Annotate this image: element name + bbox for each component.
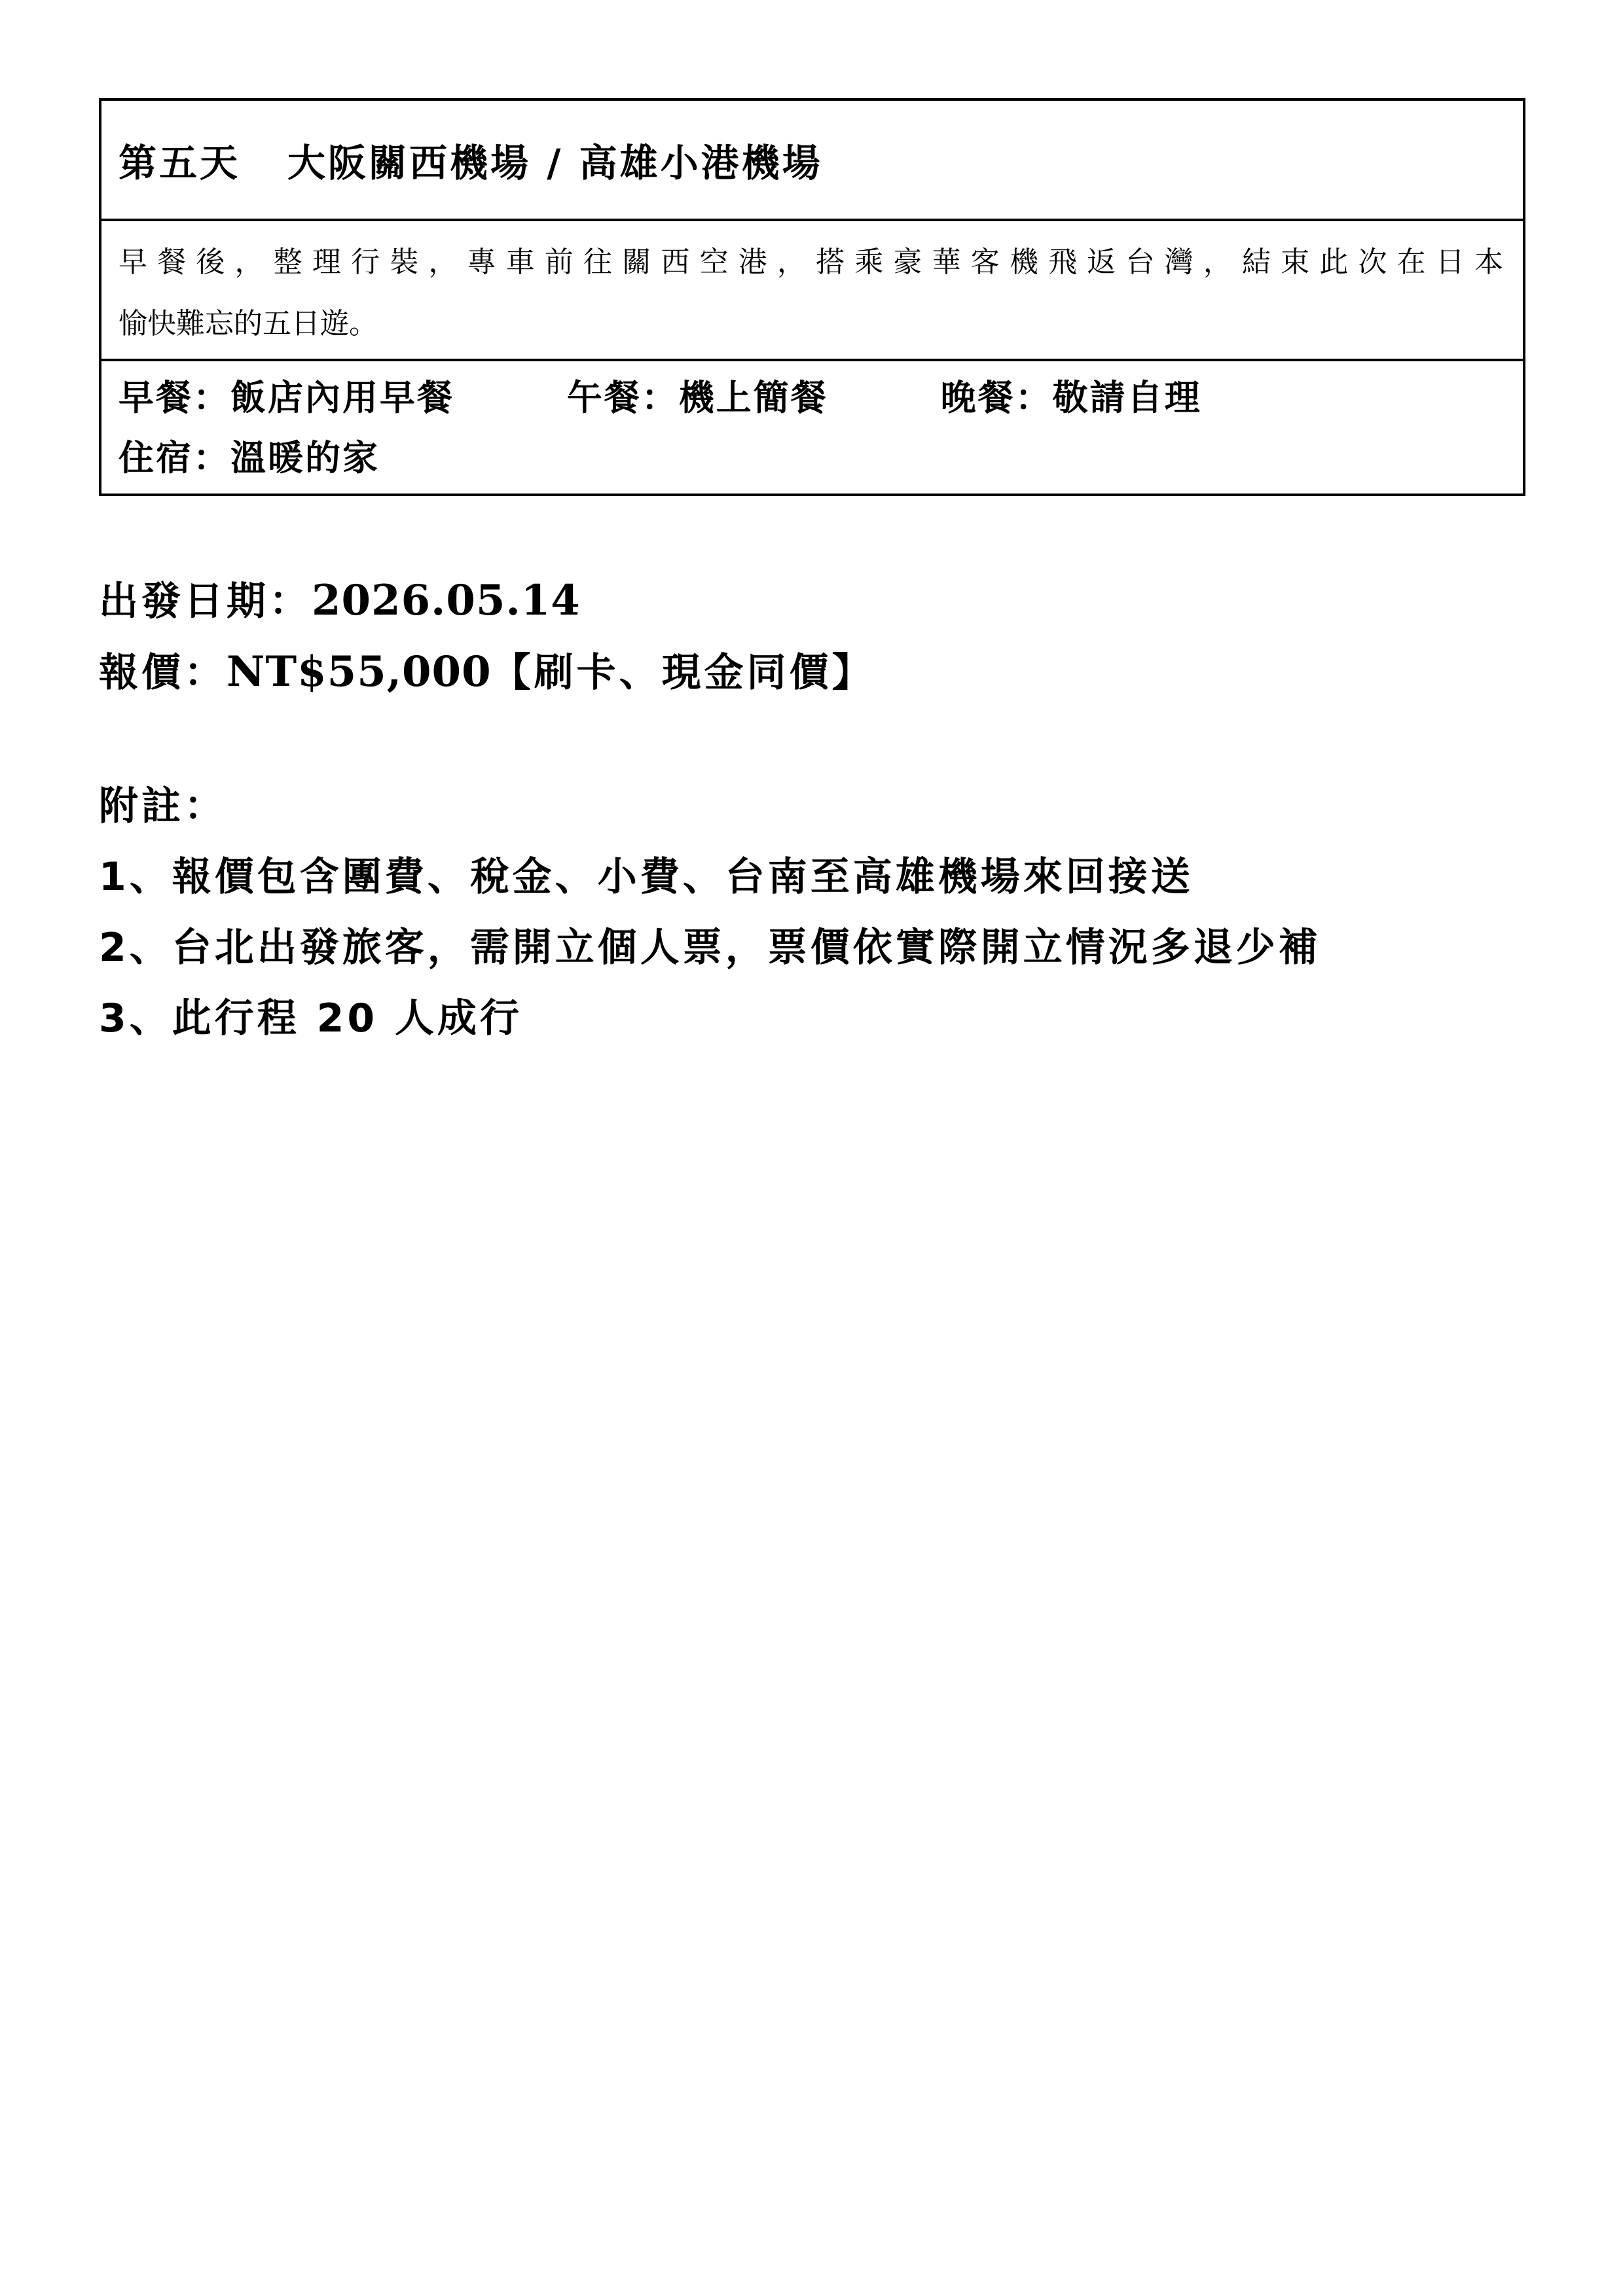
dinner-label: 晚餐：敬請自理	[941, 368, 1202, 428]
description-row: 早餐後，整理行裝，專車前往關西空港，搭乘豪華客機飛返台灣，結束此次在日本 愉快難…	[101, 219, 1523, 359]
notes-heading: 附註：	[99, 771, 1544, 842]
price-label: 報價：	[99, 650, 227, 696]
price-payment-note: 【刷卡、現金同價】	[492, 650, 875, 696]
price-amount: NT$55,000	[227, 647, 492, 696]
details-section: 出發日期：2026.05.14 報價：NT$55,000【刷卡、現金同價】 附註…	[99, 565, 1544, 1054]
day-route-label: 大阪關西機場 / 高雄小港機場	[287, 132, 823, 187]
meals-lodging-row: 早餐：飯店內用早餐 午餐：機上簡餐 晚餐：敬請自理 住宿：溫暖的家	[101, 359, 1523, 493]
lunch-label: 午餐：機上簡餐	[567, 368, 828, 428]
note-item-3: 3、此行程 20 人成行	[99, 983, 1544, 1054]
itinerary-table: 第五天 大阪關西機場 / 高雄小港機場 早餐後，整理行裝，專車前往關西空港，搭乘…	[99, 98, 1525, 496]
departure-date-value: 2026.05.14	[312, 576, 581, 625]
note-item-1: 1、報價包含團費、稅金、小費、台南至高雄機場來回接送	[99, 842, 1544, 912]
note-item-2: 2、台北出發旅客，需開立個人票，票價依實際開立情況多退少補	[99, 912, 1544, 983]
meals-line: 早餐：飯店內用早餐 午餐：機上簡餐 晚餐：敬請自理	[119, 368, 1503, 428]
lodging-line: 住宿：溫暖的家	[119, 428, 1503, 488]
price-line: 報價：NT$55,000【刷卡、現金同價】	[99, 637, 1544, 708]
description-line-2: 愉快難忘的五日遊。	[119, 293, 1503, 355]
breakfast-label: 早餐：飯店內用早餐	[119, 368, 454, 428]
departure-date-line: 出發日期：2026.05.14	[99, 565, 1544, 637]
document-page: 第五天 大阪關西機場 / 高雄小港機場 早餐後，整理行裝，專車前往關西空港，搭乘…	[0, 0, 1623, 2296]
section-spacer	[99, 708, 1544, 771]
description-line-1: 早餐後，整理行裝，專車前往關西空港，搭乘豪華客機飛返台灣，結束此次在日本	[119, 232, 1503, 293]
departure-date-label: 出發日期：	[99, 579, 312, 624]
day-number-label: 第五天	[119, 132, 240, 187]
day-title-row: 第五天 大阪關西機場 / 高雄小港機場	[101, 101, 1523, 219]
